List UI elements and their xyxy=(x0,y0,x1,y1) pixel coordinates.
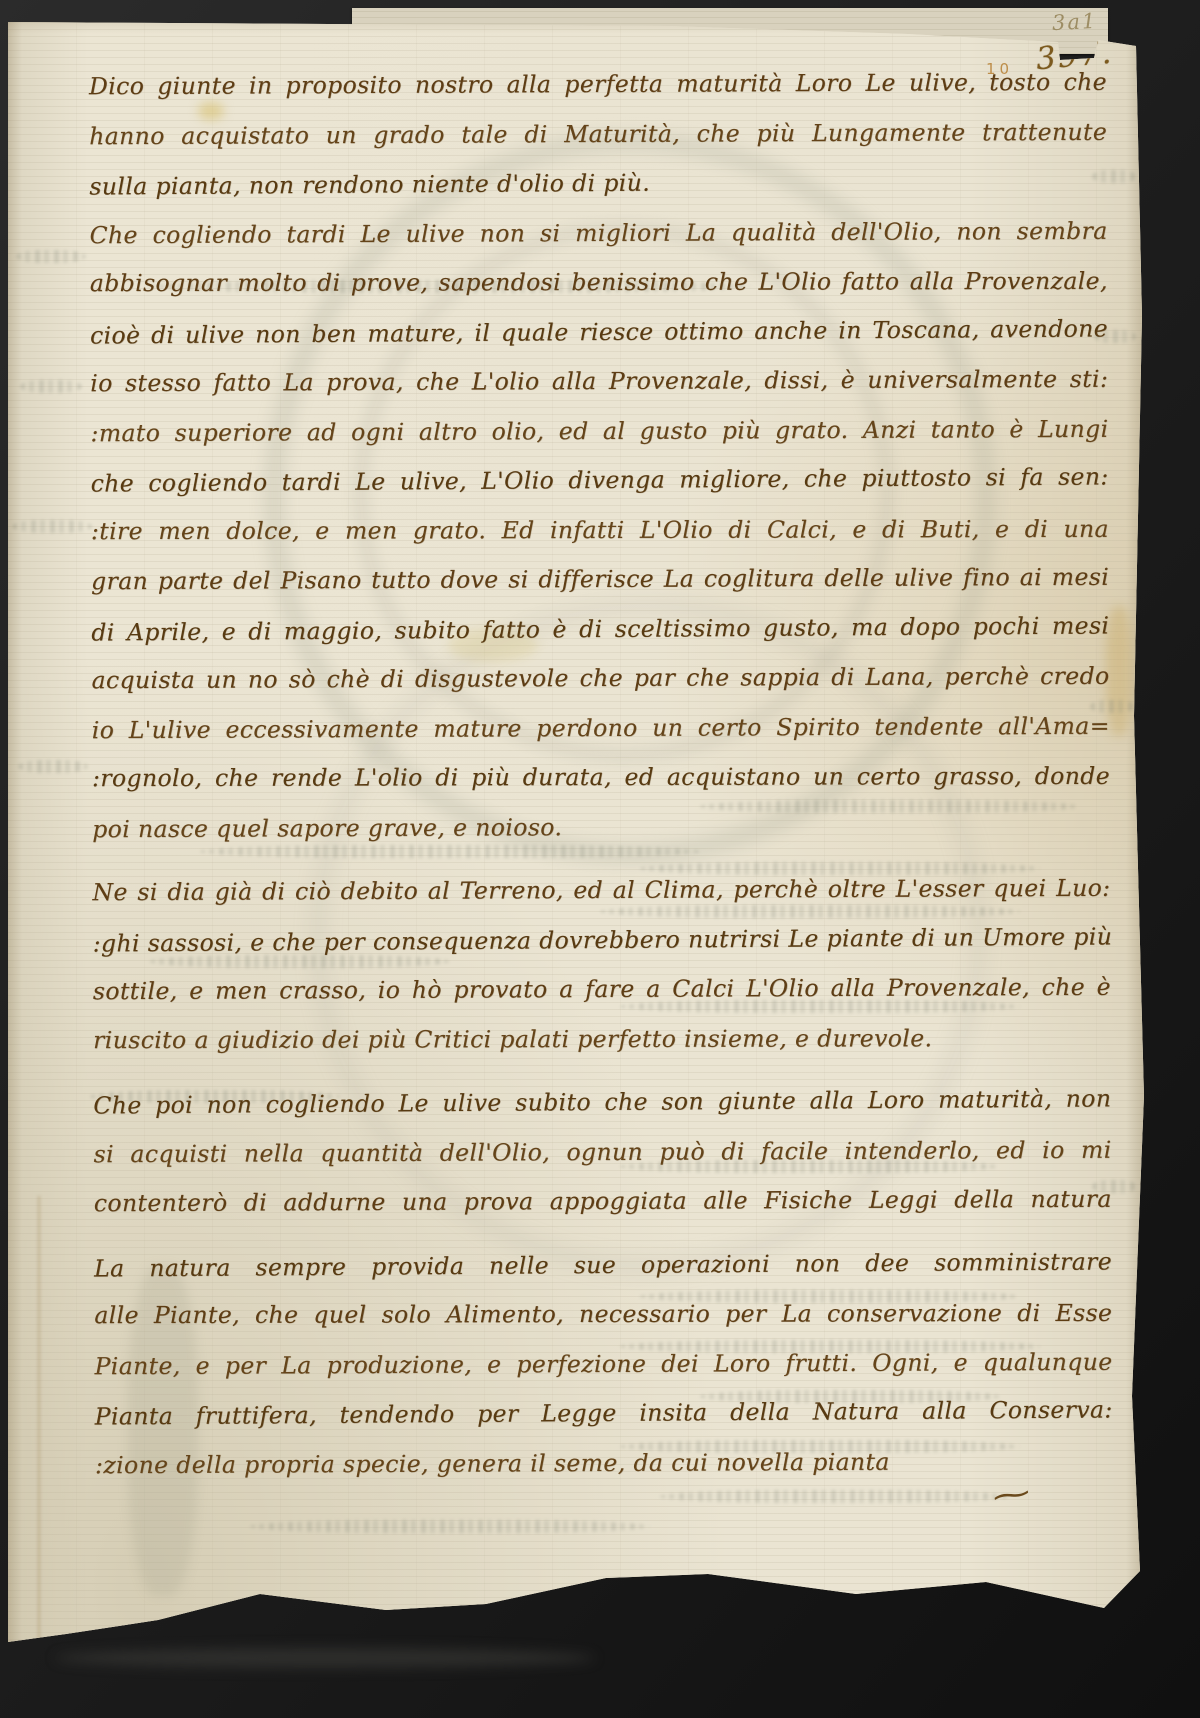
manuscript-line-9: che cogliendo tardi Le ulive, L'Olio div… xyxy=(91,462,1109,519)
manuscript-line-22: si acquisti nella quantità dell'Olio, og… xyxy=(94,1135,1112,1189)
lower-sheet-shadow xyxy=(55,1648,595,1668)
manuscript-line-20: riuscito a giudizio dei più Critici pala… xyxy=(93,1023,1111,1075)
manuscript-line-28: :zione della propria specie, genera il s… xyxy=(95,1446,1113,1500)
end-flourish-mark: ~ xyxy=(987,1475,1033,1515)
manuscript-line-6: cioè di ulive non ben mature, il quale r… xyxy=(90,314,1108,371)
bleedthrough-fragment xyxy=(18,760,88,773)
manuscript-line-7: io stesso fatto La prova, che L'olio all… xyxy=(90,365,1108,419)
manuscript-line-18: :ghi sassosi, e che per consequenza dovr… xyxy=(93,922,1111,979)
manuscript-line-5: abbisognar molto di prove, sapendosi ben… xyxy=(90,267,1108,319)
bleedthrough-fragment xyxy=(16,250,86,263)
manuscript-line-19: sottile, e men crasso, io hò provato a f… xyxy=(93,973,1111,1027)
manuscript-line-12: di Aprile, e di maggio, subito fatto è d… xyxy=(91,611,1109,668)
manuscript-line-21: Che poi non cogliendo Le ulive subito ch… xyxy=(93,1084,1111,1141)
bleedthrough-fragment xyxy=(250,1520,650,1533)
manuscript-text: Dico giunte in proposito nostro alla per… xyxy=(89,68,1113,1500)
manuscript-line-8: :mato superiore ad ogni altro olio, ed a… xyxy=(90,414,1108,468)
manuscript-line-25: alle Piante, che quel solo Alimento, nec… xyxy=(94,1299,1112,1351)
manuscript-line-16: poi nasce quel sapore grave, e noioso. xyxy=(92,810,1110,864)
manuscript-line-14: io L'ulive eccessivamente mature perdono… xyxy=(92,711,1110,765)
bleedthrough-fragment xyxy=(20,380,82,393)
manuscript-line-23: contenterò di addurne una prova appoggia… xyxy=(94,1185,1112,1239)
manuscript-line-27: Pianta fruttifera, tendendo per Legge in… xyxy=(95,1395,1113,1452)
manuscript-line-17: Ne si dia già di ciò debito al Terreno, … xyxy=(92,874,1110,928)
manuscript-line-4: Che cogliendo tardi Le ulive non si migl… xyxy=(90,216,1108,270)
paper-crease xyxy=(38,1196,40,1656)
manuscript-line-2: hanno acquistato un grado tale di Maturi… xyxy=(89,117,1107,171)
paper-sheet: 397. 10 Dico giunte in proposito nostro … xyxy=(8,16,1148,1668)
old-folio-number-fragment: 3a1 xyxy=(1051,9,1097,35)
edge-stain xyxy=(1106,606,1132,736)
manuscript-line-10: :tire men dolce, e men grato. Ed infatti… xyxy=(91,514,1109,566)
manuscript-line-26: Piante, e per La produzione, e perfezion… xyxy=(94,1347,1112,1401)
manuscript-line-15: :rognolo, che rende L'olio di più durata… xyxy=(92,762,1110,814)
manuscript-line-1: Dico giunte in proposito nostro alla per… xyxy=(89,68,1107,122)
bleedthrough-fragment xyxy=(12,520,92,533)
manuscript-line-11: gran parte del Pisano tutto dove si diff… xyxy=(91,563,1109,617)
manuscript-line-3: sulla pianta, non rendono niente d'olio … xyxy=(89,165,1107,222)
manuscript-line-24: La natura sempre provida nelle sue opera… xyxy=(94,1247,1112,1304)
manuscript-line-13: acquista un no sò chè di disgustevole ch… xyxy=(91,662,1109,716)
